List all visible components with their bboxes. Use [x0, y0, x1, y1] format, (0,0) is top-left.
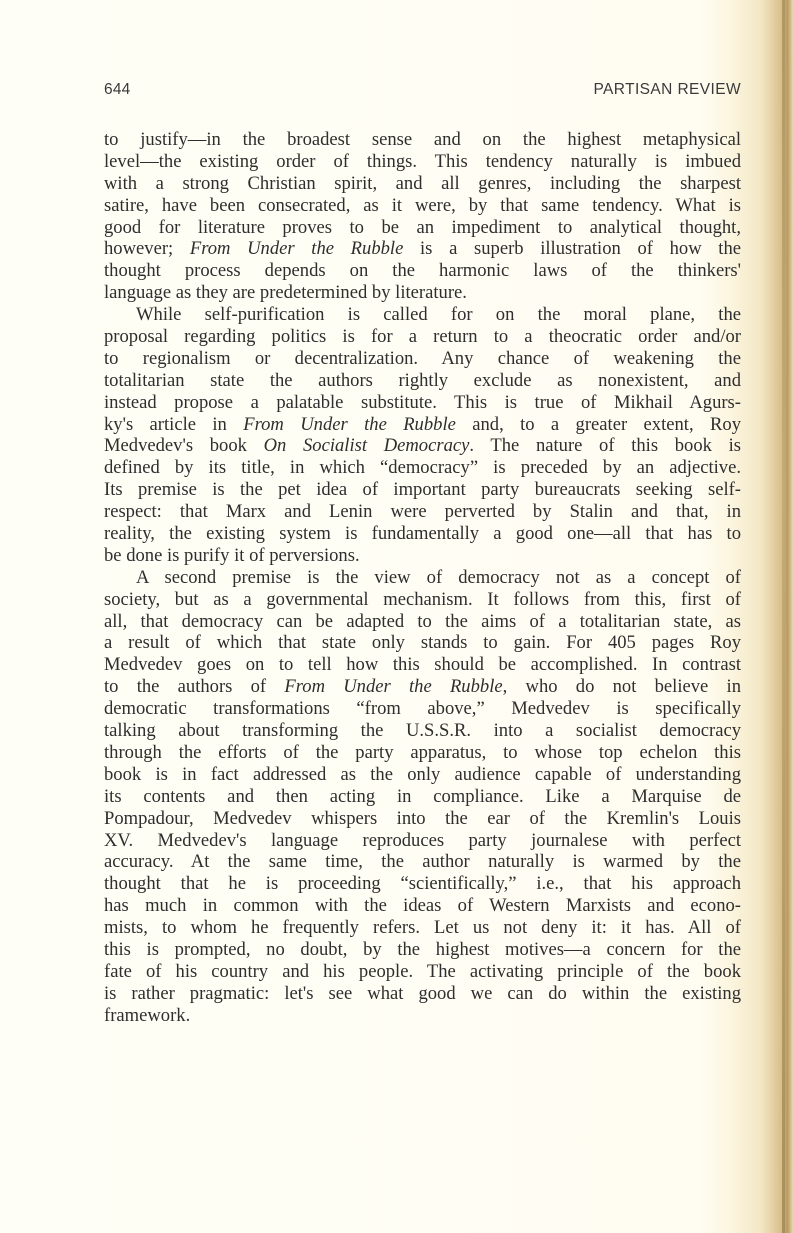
text-line: satire, have been consecrated, as it wer…: [104, 195, 741, 217]
text-line: democratic transformations “from above,”…: [104, 698, 741, 720]
text-line: has much in common with the ideas of Wes…: [104, 895, 741, 917]
text-line: Medvedev goes on to tell how this should…: [104, 654, 741, 676]
text-line: A second premise is the view of democrac…: [104, 567, 741, 589]
page-edge-shadow: [782, 0, 785, 1233]
book-title: On Socialist Democracy: [264, 435, 470, 456]
text-line: to justify—in the broadest sense and on …: [104, 129, 741, 151]
text-line: While self-purification is called for on…: [104, 304, 741, 326]
text-line: this is prompted, no doubt, by the highe…: [104, 939, 741, 961]
scanned-page: 644 PARTISAN REVIEW to justify—in the br…: [0, 0, 793, 1233]
paragraph: While self-purification is called for on…: [104, 304, 741, 567]
text-line: reality, the existing system is fundamen…: [104, 523, 741, 545]
text-line: Pompadour, Medvedev whispers into the ea…: [104, 808, 741, 830]
book-title: From Under the Rubble: [284, 676, 502, 697]
running-head: 644 PARTISAN REVIEW: [104, 81, 741, 103]
paragraph: A second premise is the view of democrac…: [104, 567, 741, 1027]
text-line: however; From Under the Rubble is a supe…: [104, 238, 741, 260]
text-line: with a strong Christian spirit, and all …: [104, 173, 741, 195]
text-line: totalitarian state the authors rightly e…: [104, 370, 741, 392]
article-body: to justify—in the broadest sense and on …: [104, 129, 741, 1027]
text-line: proposal regarding politics is for a ret…: [104, 326, 741, 348]
journal-title: PARTISAN REVIEW: [593, 81, 741, 99]
text-line: thought that he is proceeding “scientifi…: [104, 873, 741, 895]
text-line: ky's article in From Under the Rubble an…: [104, 414, 741, 436]
text-line: its contents and then acting in complian…: [104, 786, 741, 808]
text-line: to regionalism or decentralization. Any …: [104, 348, 741, 370]
text-line: thought process depends on the harmonic …: [104, 260, 741, 282]
text-line: is rather pragmatic: let's see what good…: [104, 983, 741, 1005]
text-line: through the efforts of the party apparat…: [104, 742, 741, 764]
text-line: Medvedev's book On Socialist Democracy. …: [104, 435, 741, 457]
text-line: level—the existing order of things. This…: [104, 151, 741, 173]
text-line: language as they are predetermined by li…: [104, 282, 741, 304]
text-line: book is in fact addressed as the only au…: [104, 764, 741, 786]
paragraph: to justify—in the broadest sense and on …: [104, 129, 741, 304]
text-line: good for literature proves to be an impe…: [104, 217, 741, 239]
text-line: XV. Medvedev's language reproduces party…: [104, 830, 741, 852]
text-line: defined by its title, in which “democrac…: [104, 457, 741, 479]
book-title: From Under the Rubble: [243, 414, 456, 435]
text-line: respect: that Marx and Lenin were perver…: [104, 501, 741, 523]
book-title: From Under the Rubble: [190, 238, 404, 259]
text-line: accuracy. At the same time, the author n…: [104, 851, 741, 873]
text-line: talking about transforming the U.S.S.R. …: [104, 720, 741, 742]
text-line: society, but as a governmental mechanism…: [104, 589, 741, 611]
text-line: mists, to whom he frequently refers. Let…: [104, 917, 741, 939]
text-line: be done is purify it of perversions.: [104, 545, 741, 567]
text-line: all, that democracy can be adapted to th…: [104, 611, 741, 633]
text-line: framework.: [104, 1005, 741, 1027]
text-line: Its premise is the pet idea of important…: [104, 479, 741, 501]
text-line: instead propose a palatable substitute. …: [104, 392, 741, 414]
page-number: 644: [104, 81, 130, 99]
text-line: to the authors of From Under the Rubble,…: [104, 676, 741, 698]
text-line: a result of which that state only stands…: [104, 632, 741, 654]
text-line: fate of his country and his people. The …: [104, 961, 741, 983]
